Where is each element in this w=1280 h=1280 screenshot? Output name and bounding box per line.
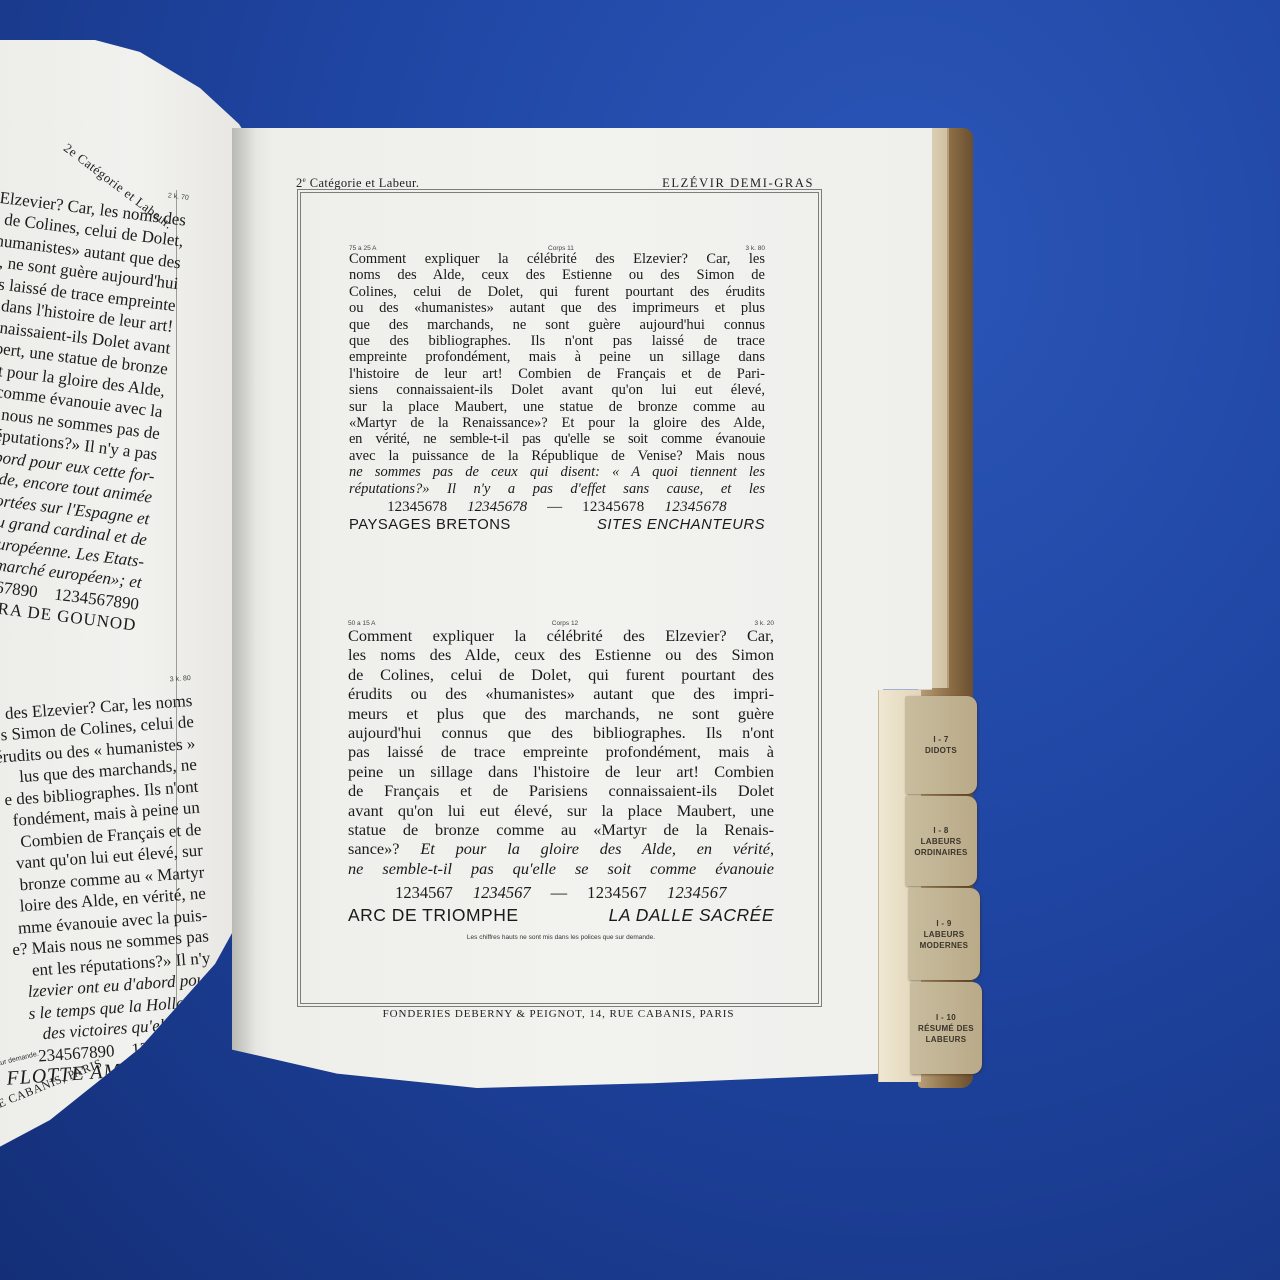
text-line-italic: ne sommes pas de ceux qui disent: « A qu…: [349, 464, 765, 480]
category-ordinal: e: [303, 176, 307, 184]
tab-number: I - 10: [936, 1012, 956, 1023]
figures-roman: 1234567: [395, 883, 453, 903]
figures-oldstyle-italic: 1234567: [667, 883, 727, 903]
specimen-corps-12: 50 a 15 A Corps 12 3 k. 20 Comment expli…: [348, 618, 774, 941]
text-line: ou des «humanistes» autant que des impri…: [349, 300, 765, 316]
text-line: que des marchands, ne sont guère aujourd…: [349, 317, 765, 333]
text-line: de Colines, celui de Dolet, qui furent p…: [348, 665, 774, 684]
text-line: sur la place Maubert, une statue de bron…: [349, 399, 765, 415]
text-line: de Français et de Parisiens connaissaien…: [348, 781, 774, 800]
figures-italic: 1234567: [473, 883, 531, 903]
figures-row: 12345678 12345678 — 12345678 12345678: [349, 499, 765, 516]
text-line-italic: réputations?» Il n'y a pas d'effet sans …: [349, 481, 765, 497]
gutter-shadow: [232, 128, 256, 1088]
text-line-mixed: sance»? Et pour la gloire des Alde, en v…: [348, 839, 774, 858]
book-photo: 2e Catégorie et Labeur. 2 k. 70 Elzevier…: [0, 0, 1280, 1280]
index-tab-resume-des-labeurs[interactable]: I - 10 RÉSUMÉ DES LABEURS: [910, 982, 982, 1074]
figures-oldstyle: 12345678: [582, 499, 644, 516]
text-line: meurs et plus que des marchands, ne sont…: [348, 704, 774, 723]
figures-italic: 12345678: [467, 499, 527, 516]
foundry-imprint: FONDERIES DEBERNY & PEIGNOT, 14, RUE CAB…: [300, 1008, 817, 1020]
text-line: aujourd'hui connus que des bibliographes…: [348, 723, 774, 742]
text-italic-part: Et pour la gloire des Alde, en vérité,: [420, 839, 774, 858]
specimen-frame: 75 a 25 A Corps 11 3 k. 80 Comment expli…: [300, 192, 819, 1004]
caps-italic: SITES ENCHANTEURS: [597, 517, 765, 533]
text-line: avec la puissance de la République de Ve…: [349, 448, 765, 464]
right-page: 2e Catégorie et Labeur. ELZÉVIR DEMI-GRA…: [232, 128, 932, 1088]
left-figures-italic: 1234567890: [131, 1034, 217, 1059]
text-line: empreinte profondément, mais à peine un …: [349, 349, 765, 365]
caps-roman: PAYSAGES BRETONS: [349, 517, 511, 533]
running-head: 2e Catégorie et Labeur. ELZÉVIR DEMI-GRA…: [296, 176, 814, 191]
index-tab-labeurs-ordinaires[interactable]: I - 8 LABEURS ORDINAIRES: [905, 796, 977, 886]
specimen-corps-11: 75 a 25 A Corps 11 3 k. 80 Comment expli…: [349, 243, 765, 533]
figures-row: 1234567 1234567 — 1234567 1234567: [348, 883, 774, 903]
text-line: pas laissé de trace empreinte profondéme…: [348, 742, 774, 761]
running-head-left: 2e Catégorie et Labeur.: [296, 176, 419, 191]
text-line: siens connaissaient-ils Dolet avant qu'o…: [349, 382, 765, 398]
category-number: 2: [296, 176, 303, 190]
figures-dash: —: [547, 499, 562, 516]
tab-number: I - 7: [933, 734, 948, 745]
text-line: érudits ou des «humanistes» autant que d…: [348, 684, 774, 703]
index-tab-didots[interactable]: I - 7 DIDOTS: [905, 696, 977, 794]
caps-row: PAYSAGES BRETONS SITES ENCHANTEURS: [349, 517, 765, 533]
caps-roman: ARC DE TRIOMPHE: [348, 905, 519, 926]
caps-italic: LA DALLE SACRÉE: [609, 905, 774, 926]
specimen-text: Comment expliquer la célébrité des Elzev…: [348, 626, 774, 878]
figures-roman: 12345678: [387, 499, 447, 516]
left-page: 2e Catégorie et Labeur. 2 k. 70 Elzevier…: [0, 40, 260, 1240]
tab-label: DIDOTS: [925, 745, 957, 756]
text-line: statue de bronze comme au «Martyr de la …: [348, 820, 774, 839]
specimen-text: Comment expliquer la célébrité des Elzev…: [349, 251, 765, 497]
footnote: Les chiffres hauts ne sont mis dans les …: [348, 934, 774, 941]
tab-number: I - 9: [936, 918, 951, 929]
tab-label: ORDINAIRES: [914, 847, 967, 858]
text-line: Comment expliquer la célébrité des Elzev…: [349, 251, 765, 267]
tab-number: I - 8: [933, 825, 948, 836]
text-line: noms des Alde, ceux des Estienne ou des …: [349, 267, 765, 283]
category-label: Catégorie et Labeur.: [310, 176, 420, 190]
tab-label: RÉSUMÉ DES: [918, 1023, 974, 1034]
figures-oldstyle: 1234567: [587, 883, 647, 903]
text-line: les noms des Alde, ceux des Estienne ou …: [348, 645, 774, 664]
text-roman-part: sance»?: [348, 839, 420, 858]
tab-label: LABEURS: [921, 836, 962, 847]
text-line: Colines, celui de Dolet, qui furent pour…: [349, 284, 765, 300]
index-tab-labeurs-modernes[interactable]: I - 9 LABEURS MODERNES: [908, 888, 980, 980]
text-line: «Martyr de la Renaissance»? Et pour la g…: [349, 415, 765, 431]
text-line: que des bibliographes. Ils n'ont pas lai…: [349, 333, 765, 349]
tab-label: MODERNES: [920, 940, 969, 951]
text-line: en vérité, ne semble-t-il pas qu'elle se…: [349, 431, 765, 447]
text-line: peine un sillage dans l'histoire de leur…: [348, 762, 774, 781]
text-line: l'histoire de leur art! Combien de Franç…: [349, 366, 765, 382]
figures-oldstyle-italic: 12345678: [665, 499, 727, 516]
figures-dash: —: [551, 883, 568, 903]
caps-row: ARC DE TRIOMPHE LA DALLE SACRÉE: [348, 905, 774, 926]
tab-label: LABEURS: [926, 1034, 967, 1045]
left-specimen-2: 3 k. 80 des Elzevier? Car, les noms s Si…: [0, 668, 218, 1092]
text-line: avant qu'on lui eut élevé, sur la place …: [348, 801, 774, 820]
text-line: Comment expliquer la célébrité des Elzev…: [348, 626, 774, 645]
left-specimen-1: 2 k. 70 Elzevier? Car, les noms des on d…: [0, 160, 190, 636]
tab-label: LABEURS: [924, 929, 965, 940]
text-line-italic: ne semble-t-il pas qu'elle se soit comme…: [348, 859, 774, 878]
typeface-title: ELZÉVIR DEMI-GRAS: [662, 176, 814, 191]
